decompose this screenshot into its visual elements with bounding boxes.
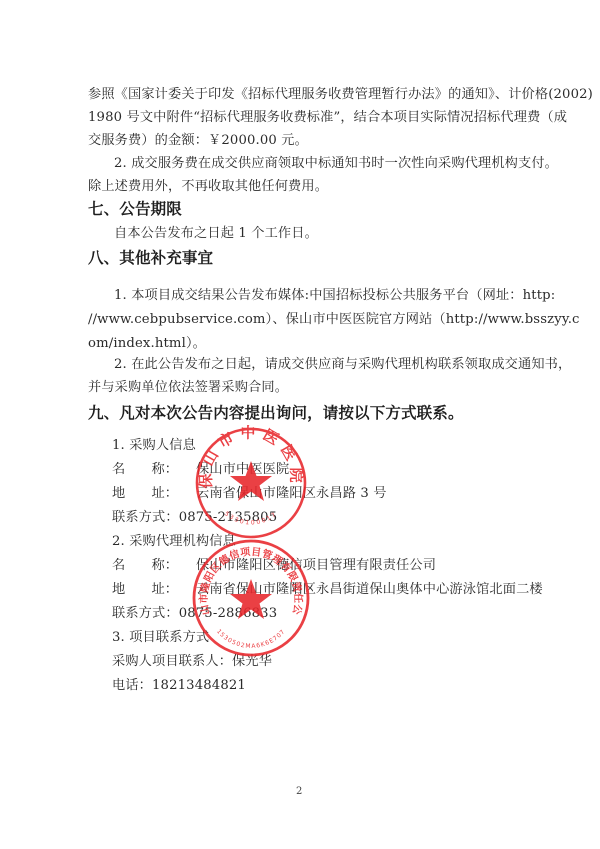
section-8-item-2-line-2: 并与采购单位依法签署采购合同。 — [88, 379, 518, 397]
purchaser-address-label: 地 址： — [112, 485, 196, 503]
project-phone-label: 电话： — [112, 678, 152, 693]
purchaser-address: 云南省保山市隆阳区永昌路 3 号 — [196, 486, 387, 501]
document-page: 参照《国家计委关于印发《招标代理服务收费管理暂行办法》的通知》、计价格(2002… — [0, 0, 600, 849]
project-contact-title: 3. 项目联系方式 — [112, 629, 542, 647]
no-other-fees-line: 除上述费用外，不再收取其他任何费用。 — [88, 178, 518, 196]
purchaser-name-row: 名 称：保山市中医医院 — [112, 461, 542, 479]
project-phone: 18213484821 — [152, 678, 246, 693]
fee-reference-line-2: 1980 号文中附件“招标代理服务收费标准”，结合本项目实际情况招标代理费（成 — [88, 109, 518, 127]
section-8-heading: 八、其他补充事宜 — [88, 249, 518, 267]
purchaser-address-row: 地 址：云南省保山市隆阳区永昌路 3 号 — [112, 485, 542, 503]
project-contact-person: 保光华 — [232, 654, 272, 669]
section-7-heading: 七、公告期限 — [88, 200, 518, 218]
purchaser-name-label: 名 称： — [112, 461, 196, 479]
agency-name-label: 名 称： — [112, 557, 196, 575]
agency-address-label: 地 址： — [112, 581, 196, 599]
page-number: 2 — [296, 786, 302, 797]
fee-payment-line: 2. 成交服务费在成交供应商领取中标通知书时一次性向采购代理机构支付。 — [114, 155, 544, 173]
agency-address: 云南省保山市隆阳区永昌街道保山奥体中心游泳馆北面二楼 — [196, 582, 543, 597]
agency-name-row: 名 称：保山市隆阳区德信项目管理有限责任公司 — [112, 557, 542, 575]
section-9-heading: 九、凡对本次公告内容提出询问，请按以下方式联系。 — [88, 404, 518, 422]
fee-amount-line: 交服务费）的金额：￥2000.00 元。 — [88, 132, 518, 150]
section-8-item-1-line-1: 1. 本项目成交结果公告发布媒体:中国招标投标公共服务平台（网址：http: — [114, 287, 544, 305]
agency-contact-label: 联系方式： — [112, 606, 179, 621]
section-8-item-1-line-3: om/index.html）。 — [88, 335, 518, 353]
purchaser-contact-label: 联系方式： — [112, 510, 179, 525]
purchaser-name: 保山市中医医院 — [196, 462, 289, 477]
agency-name: 保山市隆阳区德信项目管理有限责任公司 — [196, 558, 436, 573]
agency-contact-row: 联系方式：0875-2886833 — [112, 605, 542, 623]
svg-text:保山市中医医院: 保山市中医医院 — [197, 425, 305, 489]
purchaser-contact-row: 联系方式：0875-2135805 — [112, 509, 542, 527]
project-phone-row: 电话：18213484821 — [112, 677, 542, 695]
project-contact-person-row: 采购人项目联系人：保光华 — [112, 653, 542, 671]
purchaser-contact: 0875-2135805 — [179, 510, 278, 525]
agency-info-title: 2. 采购代理机构信息 — [112, 533, 542, 551]
section-8-item-2-line-1: 2. 在此公告发布之日起，请成交供应商与采购代理机构联系领取成交通知书， — [114, 356, 544, 374]
section-8-item-1-line-2: //www.cebpubservice.com）、保山市中医医院官方网站（htt… — [88, 311, 518, 329]
fee-reference-line-1: 参照《国家计委关于印发《招标代理服务收费管理暂行办法》的通知》、计价格(2002… — [88, 86, 518, 104]
section-7-body: 自本公告发布之日起 1 个工作日。 — [114, 225, 544, 243]
agency-contact: 0875-2886833 — [179, 606, 278, 621]
agency-address-row: 地 址：云南省保山市隆阳区永昌街道保山奥体中心游泳馆北面二楼 — [112, 581, 542, 599]
purchaser-info-title: 1. 采购人信息 — [112, 437, 542, 455]
project-contact-person-label: 采购人项目联系人： — [112, 654, 232, 669]
